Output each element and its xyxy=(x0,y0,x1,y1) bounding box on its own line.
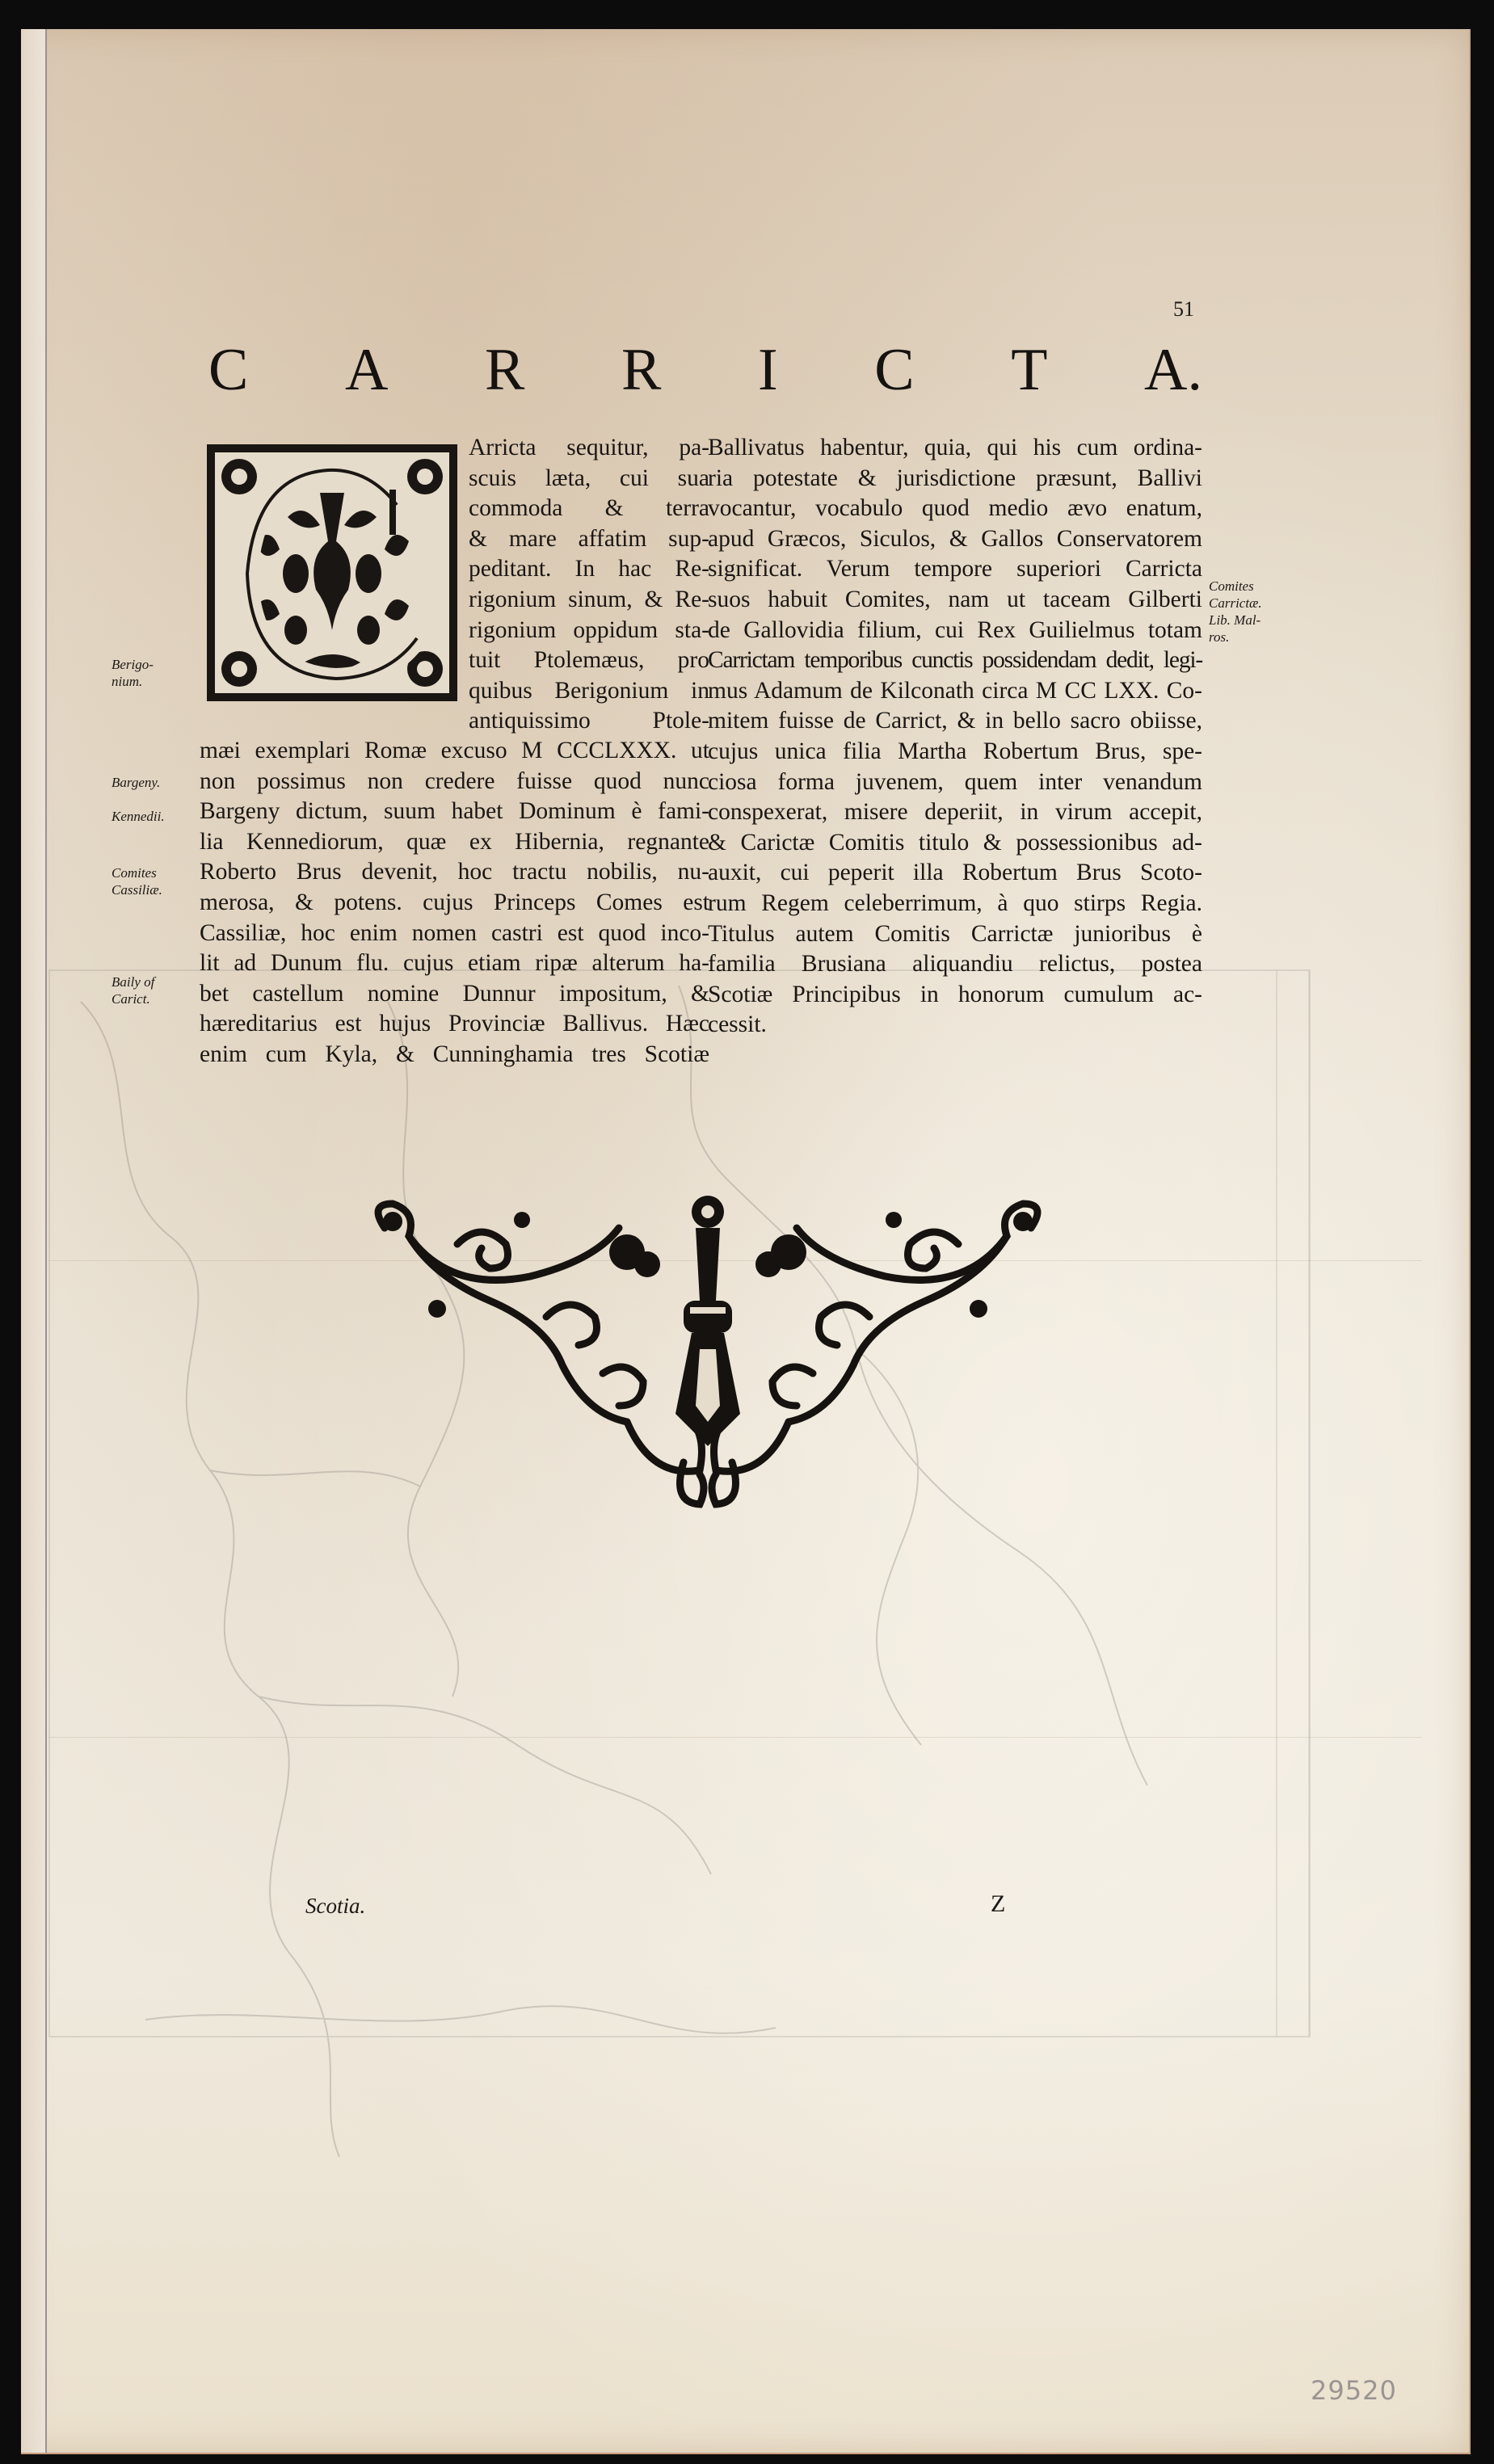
text-line: scuis læta, cui sua xyxy=(469,464,709,494)
text-line: mitem fuisse de Carrict, & in bello sacr… xyxy=(708,706,1202,737)
title-letter: C xyxy=(874,336,914,405)
text-line: Roberto Brus devenit, hoc tractu nobilis… xyxy=(200,857,709,888)
text-line: rigonium sinum, & Re- xyxy=(469,585,709,616)
text-line: & mare affatim sup- xyxy=(469,524,709,555)
text-line: Bargeny dictum, suum habet Dominum è fam… xyxy=(200,797,709,827)
text-line: Arricta sequitur, pa- xyxy=(469,433,709,464)
page-title: C A R R I C T A. xyxy=(208,336,1202,405)
text-line: merosa, & potens. cujus Princeps Comes e… xyxy=(200,888,709,919)
title-letter: A. xyxy=(1144,336,1202,405)
text-line: familia Brusiana aliquandiu relictus, po… xyxy=(708,949,1202,980)
tailpiece-fleuron-icon xyxy=(360,1188,1055,1511)
text-line: & Carictæ Comitis titulo & possessionibu… xyxy=(708,828,1202,859)
text-line: de Gallovidia filium, cui Rex Guilielmus… xyxy=(708,616,1202,646)
margin-note-comites-carrictae: Comites Carrictæ. Lib. Mal- ros. xyxy=(1209,578,1262,645)
signature-catchword: Scotia. xyxy=(305,1894,365,1919)
text-line: hæreditarius est hujus Provinciæ Ballivu… xyxy=(200,1009,709,1040)
text-line: mus Adamum de Kilconath circa M CC LXX. … xyxy=(708,676,1202,707)
title-letter: T xyxy=(1011,336,1047,405)
text-line: bet castellum nomine Dunnur impositum, & xyxy=(200,979,709,1010)
text-line: auxit, cui peperit illa Robertum Brus Sc… xyxy=(708,858,1202,889)
text-line: rigonium oppidum sta- xyxy=(469,616,709,646)
text-line: conspexerat, misere deperiit, in virum a… xyxy=(708,797,1202,828)
text-column-right: Ballivatus habentur, quia, qui his cum o… xyxy=(708,433,1202,1041)
margin-note-baily-of-carict: Baily of Carict. xyxy=(112,973,154,1007)
text-column-left-top: Arricta sequitur, pa- scuis læta, cui su… xyxy=(469,433,709,706)
text-line: Scotiæ Principibus in honorum cumulum ac… xyxy=(708,980,1202,1011)
text-column-left-bottom: mæi exemplari Romæ excuso M CCCLXXX. ut … xyxy=(200,736,709,1070)
title-letter: I xyxy=(758,336,778,405)
text-line: enim cum Kyla, & Cunninghamia tres Scoti… xyxy=(200,1040,709,1070)
margin-note-kennedii: Kennedii. xyxy=(112,808,165,825)
text-line: lit ad Dunum flu. cujus etiam ripæ alter… xyxy=(200,948,709,979)
text-line: tuit Ptolemæus, pro xyxy=(469,645,709,676)
text-line: ciosa forma juvenem, quem inter venandum xyxy=(708,767,1202,798)
map-show-through xyxy=(48,969,1374,2157)
drop-cap-initial-icon: C xyxy=(207,444,457,701)
title-letter: A xyxy=(345,336,388,405)
page-number: 51 xyxy=(1173,297,1194,322)
text-line: ria potestate & jurisdictione præsunt, B… xyxy=(708,464,1202,494)
text-line: suos habuit Comites, nam ut taceam Gilbe… xyxy=(708,585,1202,616)
pencil-inventory-number: 29520 xyxy=(1311,2375,1397,2406)
text-line: Titulus autem Comitis Carrictæ junioribu… xyxy=(708,919,1202,950)
text-line: non possimus non credere fuisse quod nun… xyxy=(200,767,709,797)
title-letter: R xyxy=(485,336,524,405)
margin-note-berigonium: Berigo- nium. xyxy=(112,656,154,690)
title-letter: C xyxy=(208,336,248,405)
margin-note-bargeny: Bargeny. xyxy=(112,774,160,791)
text-line: Ballivatus habentur, quia, qui his cum o… xyxy=(708,433,1202,464)
margin-note-comites-cassiliae: Comites Cassiliæ. xyxy=(112,864,162,898)
text-line: lia Kennediorum, quæ ex Hibernia, regnan… xyxy=(200,827,709,858)
title-letter: R xyxy=(621,336,661,405)
text-line: mæi exemplari Romæ excuso M CCCLXXX. ut xyxy=(200,736,709,767)
signature-mark: Z xyxy=(991,1890,1005,1918)
text-line: cessit. xyxy=(708,1010,1202,1041)
text-line: significat. Verum tempore superiori Carr… xyxy=(708,554,1202,585)
text-line: antiquissimo Ptole- xyxy=(469,706,709,737)
text-line: quibus Berigonium in xyxy=(469,676,709,707)
binding-stub xyxy=(21,29,47,2453)
text-line: commoda & terra xyxy=(469,494,709,524)
text-line-antiquissimo: antiquissimo Ptole- xyxy=(469,706,709,737)
text-line: vocantur, vocabulo quod medio ævo enatum… xyxy=(708,494,1202,524)
text-line: peditant. In hac Re- xyxy=(469,554,709,585)
text-line: apud Græcos, Siculos, & Gallos Conservat… xyxy=(708,524,1202,555)
text-line: cujus unica filia Martha Robertum Brus, … xyxy=(708,737,1202,767)
text-line: rum Regem celeberrimum, à quo stirps Reg… xyxy=(708,889,1202,919)
text-line: Cassiliæ, hoc enim nomen castri est quod… xyxy=(200,919,709,949)
text-line: Carrictam temporibus cunctis possidendam… xyxy=(708,645,1202,676)
